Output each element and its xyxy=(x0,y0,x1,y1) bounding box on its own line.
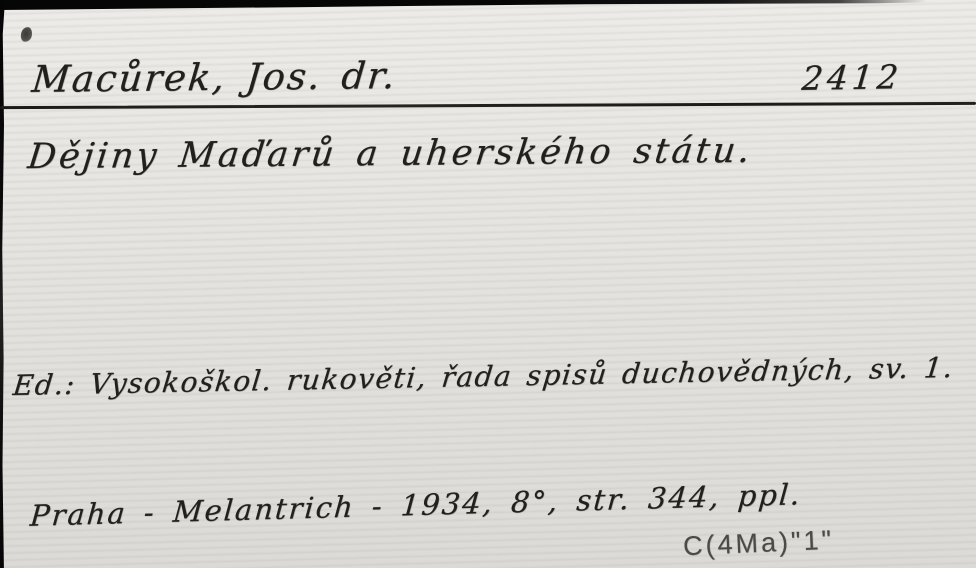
title-line: Dějiny Maďarů a uherského státu. xyxy=(26,131,755,177)
ink-blot xyxy=(20,26,34,43)
scan-edge-left xyxy=(0,0,5,568)
catalog-card-scan: Macůrek, Jos. dr. 2412 Dějiny Maďarů a u… xyxy=(0,0,976,568)
imprint-line: Praha - Melantrich - 1934, 8°, str. 344,… xyxy=(29,477,803,533)
header-rule xyxy=(0,102,976,109)
shelfmark-pencil-note: C(4Ma)"1" xyxy=(682,525,834,563)
catalog-number: 2412 xyxy=(800,57,903,98)
author-heading: Macůrek, Jos. dr. xyxy=(30,54,399,101)
series-note-line: Ed.: Vysokoškol. rukověti, řada spisů du… xyxy=(11,351,955,402)
scan-edge-top xyxy=(0,0,976,10)
